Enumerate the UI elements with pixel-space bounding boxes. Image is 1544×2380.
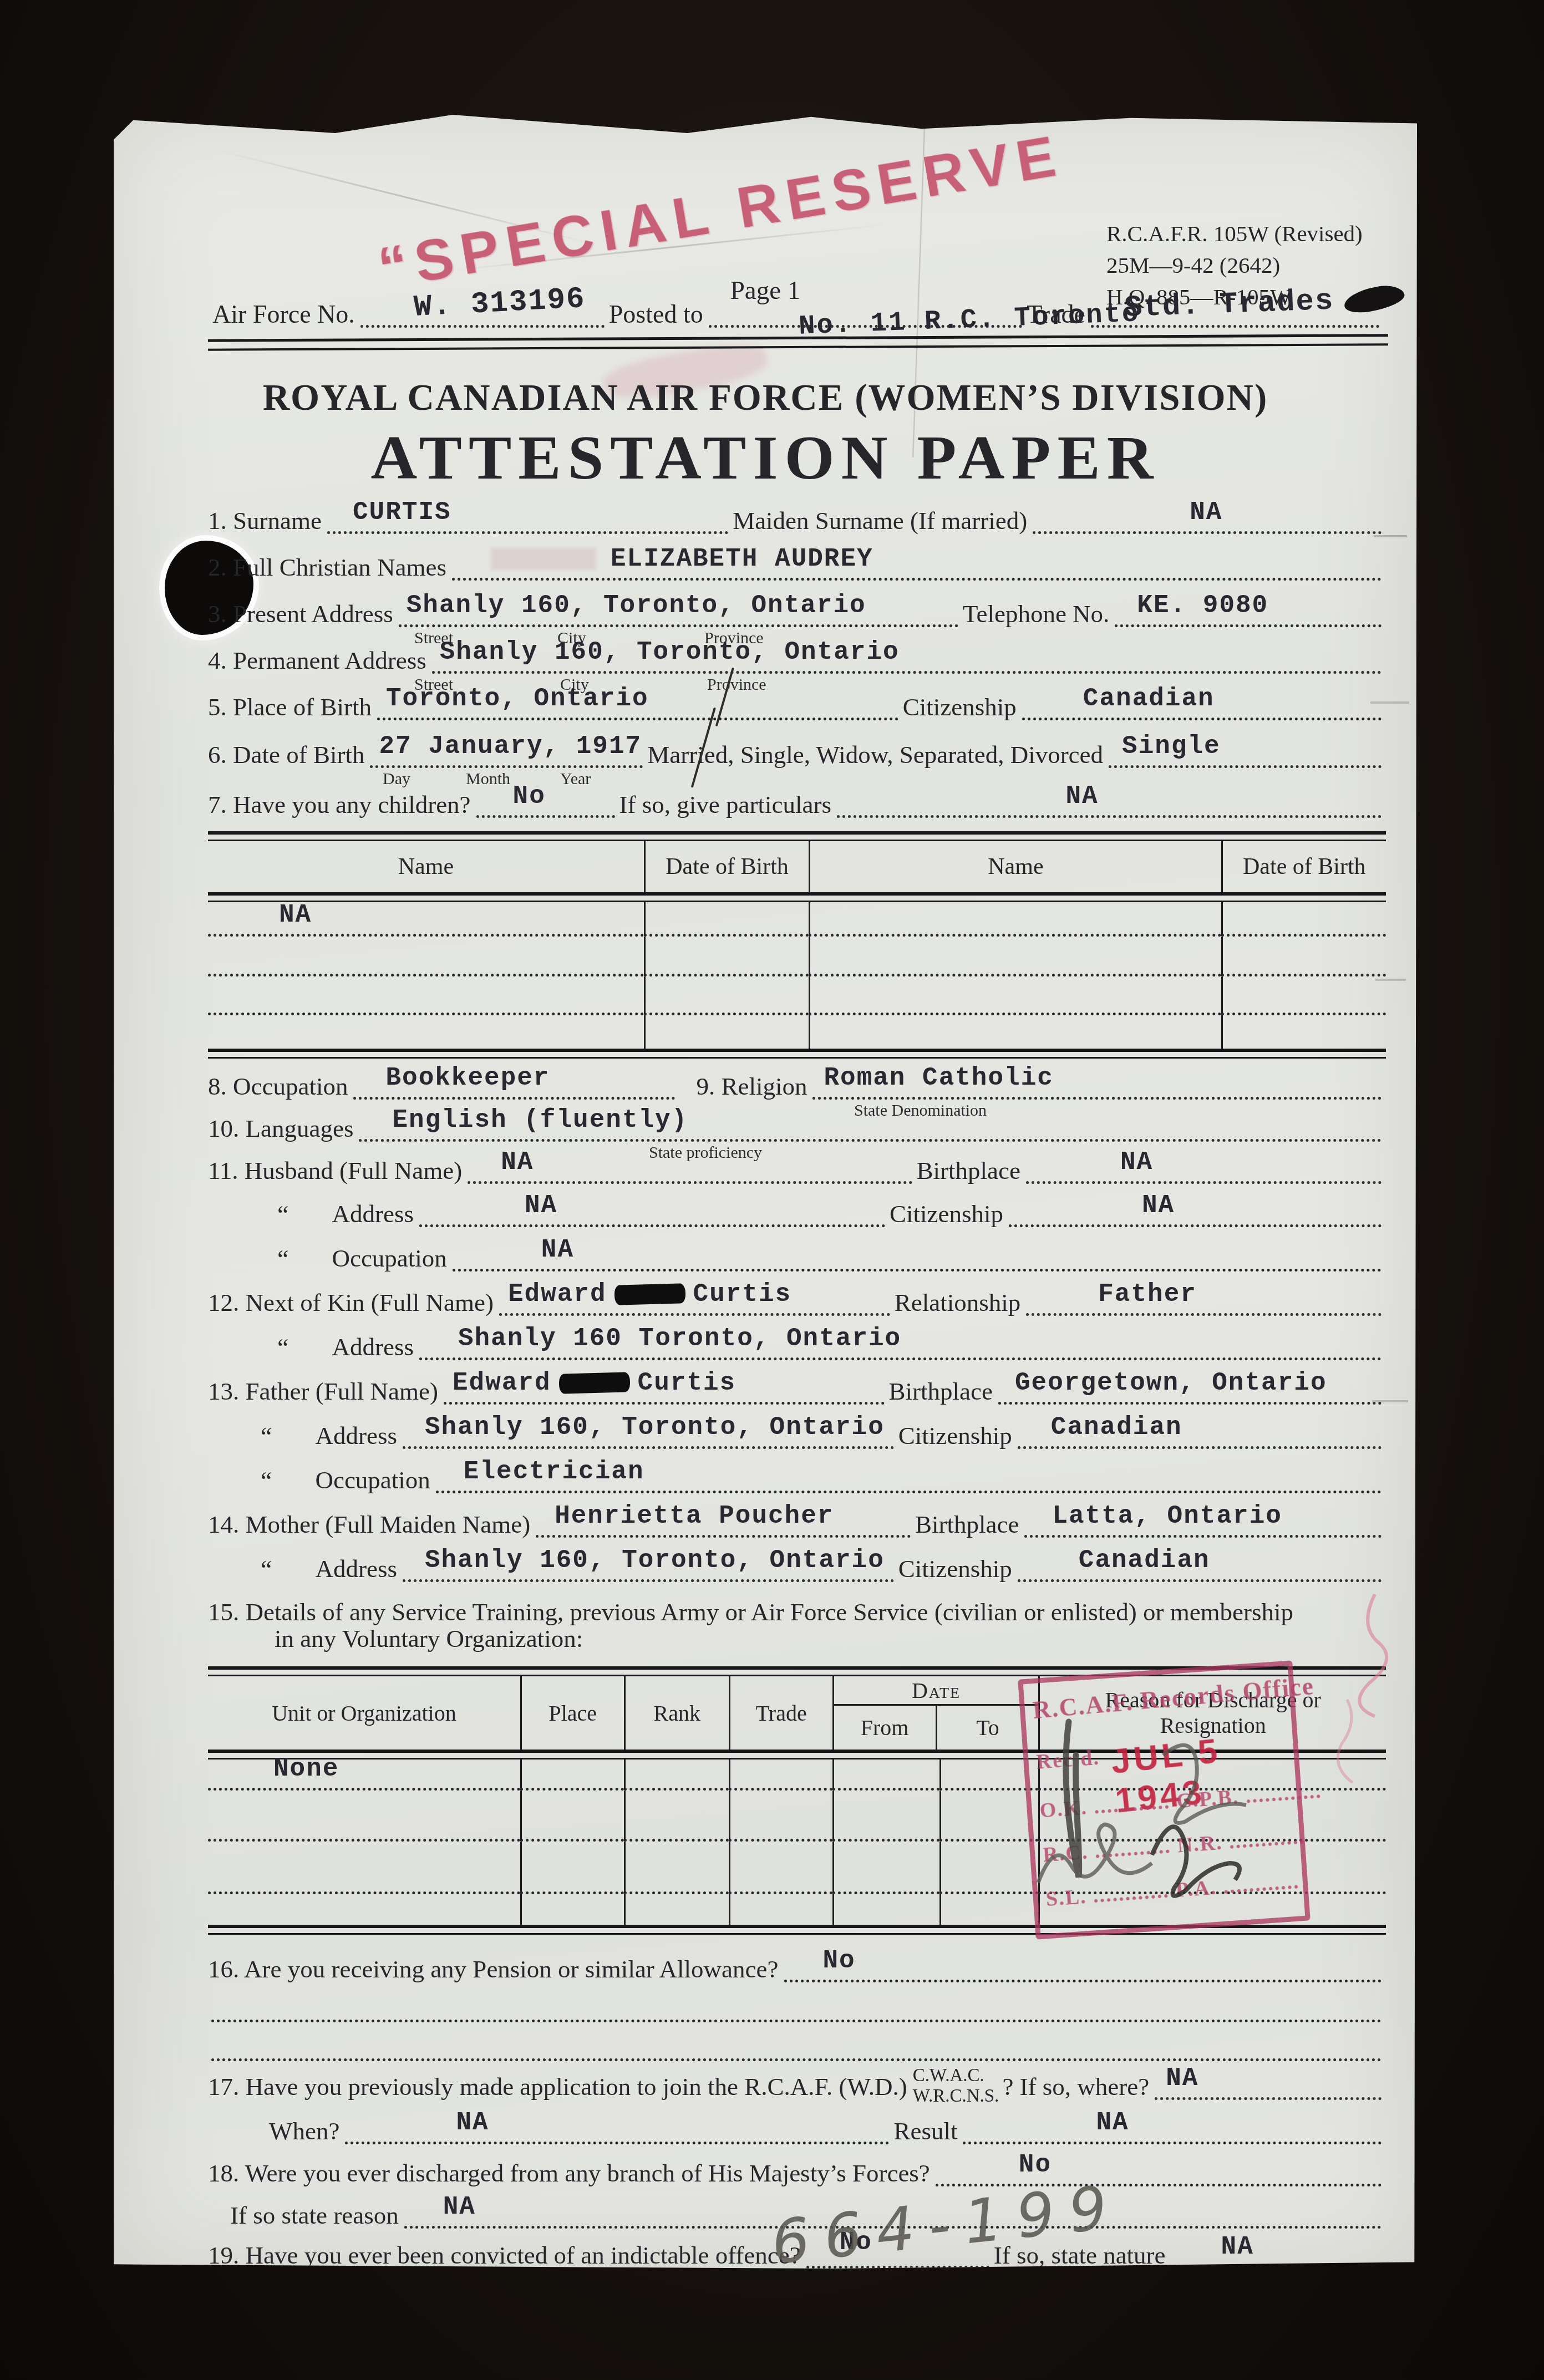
father-name-field: EdwardCurtis [444, 1396, 885, 1405]
posted-to-field [709, 319, 1023, 328]
mother-birthplace-field: Latta, Ontario [1024, 1529, 1382, 1538]
table-cell [939, 1842, 1038, 1894]
father-citizenship-value: Canadian [1051, 1413, 1182, 1442]
field-11-husband: 11. Husband (Full Name) NA Birthplace NA [208, 1144, 1386, 1186]
field-14-mother: 14. Mother (Full Maiden Name) Henrietta … [208, 1496, 1386, 1540]
col-header-name: Name [809, 841, 1221, 892]
pension-field: No [784, 1974, 1382, 1982]
trade-label: Trade [1027, 299, 1088, 330]
table-cell [1221, 1015, 1386, 1049]
table-cell [644, 937, 809, 977]
pension-value: No [823, 1946, 856, 1975]
field-5-place-of-birth: 5. Place of Birth Toronto, Ontario Citiz… [208, 676, 1386, 723]
records-stamp-title: R.C.A.F. Records Office [1032, 1674, 1283, 1725]
field-1-surname: 1. Surname CURTIS Maiden Surname (If mar… [208, 490, 1386, 536]
field-label: Address [332, 1333, 415, 1362]
col-header-date: Date [834, 1676, 1039, 1706]
bleed-through-mark [1370, 701, 1409, 704]
table-cell: NA [208, 902, 644, 937]
field-7-children: 7. Have you any children? No If so, give… [208, 770, 1386, 820]
field-label: 12. Next of Kin (Full Name) [208, 1288, 496, 1318]
relationship-field: Father [1026, 1308, 1382, 1316]
attestation-paper-scan: “SPECIAL RESERVE R.C.A.F.R. 105W (Revise… [114, 114, 1417, 2271]
service-none-value: None [273, 1755, 339, 1783]
table-cell [208, 937, 644, 977]
date-of-birth-field: 27 January, 1917 [370, 760, 643, 768]
field-label: 4. Permanent Address [208, 646, 429, 676]
maiden-surname-value: NA [1190, 498, 1222, 527]
telephone-value: KE. 9080 [1137, 591, 1268, 620]
table-cell [809, 977, 1221, 1015]
table-cell [729, 1759, 832, 1791]
service-branch-stack: C.W.A.C. W.R.C.N.S. [913, 2066, 999, 2107]
document-org-title: ROYAL CANADIAN AIR FORCE (WOMEN’S DIVISI… [114, 377, 1417, 419]
table-cell [208, 1894, 520, 1925]
result-value: NA [1096, 2108, 1129, 2137]
table-cell [1221, 977, 1386, 1015]
field-11-husband-occupation: “ Occupation NA [208, 1229, 1386, 1274]
when-value: NA [456, 2108, 489, 2137]
field-label: Occupation [332, 1244, 449, 1274]
redaction-block [558, 1372, 630, 1394]
husband-name-value: NA [501, 1148, 534, 1177]
father-birthplace-field: Georgetown, Ontario [998, 1396, 1382, 1405]
father-occupation-value: Electrician [464, 1457, 644, 1486]
field-label: 7. Have you any children? [208, 790, 473, 820]
table-cell [520, 1759, 624, 1791]
col-header-from: From [834, 1706, 936, 1750]
place-of-birth-value: Toronto, Ontario [386, 684, 649, 713]
field-label: 18. Were you ever discharged from any br… [208, 2159, 932, 2189]
field-8-9-occupation-religion: 8. Occupation Bookkeeper 9. Religion Rom… [208, 1060, 1386, 1102]
result-field: NA [963, 2136, 1382, 2144]
table-cell [208, 1842, 520, 1894]
field-label: 15. Details of any Service Training, pre… [208, 1598, 1293, 1626]
table-cell [939, 1791, 1038, 1842]
ink-blot [1342, 282, 1406, 316]
christian-names-value: ELIZABETH AUDREY [491, 545, 873, 573]
header-fields-line: Air Force No. W. 313196 Posted to Trade … [212, 290, 1384, 330]
pencil-check-mark [715, 667, 734, 726]
field-label: Married, Single, Widow, Separated, Divor… [647, 740, 1105, 770]
table-cell [644, 902, 809, 937]
field-label: Telephone No. [963, 599, 1111, 629]
permanent-address-field: Shanly 160, Toronto, Ontario [432, 665, 1382, 674]
table-cell [520, 1842, 624, 1894]
table-cell [832, 1842, 939, 1894]
previous-application-value: NA [1166, 2064, 1198, 2093]
table-cell [644, 1015, 809, 1049]
table-cell [832, 1791, 939, 1842]
field-label: Citizenship [890, 1199, 1005, 1229]
kin-address-value: Shanly 160 Toronto, Ontario [458, 1324, 901, 1353]
blank-dotted-line [211, 2053, 1382, 2061]
children-table-row [208, 937, 1386, 977]
air-force-no-label: Air Force No. [212, 299, 357, 330]
languages-field: English (fluently) [359, 1133, 1382, 1142]
air-force-no-field: W. 313196 [360, 319, 605, 328]
field-label: Birthplace [917, 1156, 1023, 1186]
field-13-father-address: “ Address Shanly 160, Toronto, Ontario C… [208, 1407, 1386, 1451]
table-cell [208, 1791, 520, 1842]
blank-line [208, 1985, 1386, 2025]
table-cell [832, 1759, 939, 1791]
husband-birthplace-value: NA [1120, 1148, 1153, 1177]
ditto-mark: “ [261, 1422, 272, 1451]
mother-name-field: Henrietta Poucher [536, 1529, 911, 1538]
field-4-permanent-address: 4. Permanent Address Shanly 160, Toronto… [208, 629, 1386, 676]
field-3-present-address: 3. Present Address Shanly 160, Toronto, … [208, 583, 1386, 629]
mother-citizenship-value: Canadian [1079, 1546, 1210, 1575]
table-cell [1221, 937, 1386, 977]
field-label: Address [315, 1421, 399, 1451]
field-label: 11. Husband (Full Name) [208, 1156, 464, 1186]
field-16-pension: 16. Are you receiving any Pension or sim… [208, 1935, 1386, 1985]
field-label: 5. Place of Birth [208, 693, 374, 723]
field-15-service-details: 15. Details of any Service Training, pre… [208, 1584, 1386, 1626]
father-address-value: Shanly 160, Toronto, Ontario [425, 1413, 885, 1442]
offence-nature-value: NA [1221, 2232, 1254, 2261]
husband-occupation-field: NA [453, 1263, 1382, 1272]
maiden-surname-field: NA [1033, 526, 1382, 534]
col-header-dob: Date of Birth [644, 841, 809, 892]
mother-address-value: Shanly 160, Toronto, Ontario [425, 1546, 885, 1575]
col-header-trade: Trade [729, 1676, 832, 1750]
religion-value: Roman Catholic [824, 1064, 1053, 1092]
ditto-mark: “ [261, 1466, 272, 1496]
occupation-value: Bookkeeper [385, 1064, 550, 1092]
next-of-kin-field: EdwardCurtis [499, 1308, 890, 1316]
when-field: NA [345, 2136, 889, 2144]
ditto-mark: “ [277, 1244, 288, 1274]
table-cell [809, 1015, 1221, 1049]
father-citizenship-field: Canadian [1018, 1441, 1382, 1449]
trade-field: Std. Trades [1091, 319, 1379, 328]
col-header-place: Place [520, 1676, 624, 1750]
ditto-mark: “ [277, 1333, 288, 1362]
bleed-through-mark [1375, 979, 1406, 981]
mother-address-field: Shanly 160, Toronto, Ontario [403, 1574, 894, 1582]
field-label: Address [332, 1199, 415, 1229]
mother-name-value: Henrietta Poucher [555, 1502, 834, 1530]
husband-name-field: NA [468, 1176, 912, 1184]
previous-application-field: NA [1155, 2092, 1382, 2100]
field-label: Maiden Surname (If married) [733, 506, 1029, 536]
field-12-next-of-kin: 12. Next of Kin (Full Name) EdwardCurtis… [208, 1274, 1386, 1318]
field-label: in any Voluntary Organization: [275, 1624, 583, 1653]
table-cell [208, 1015, 644, 1049]
field-label: 9. Religion [696, 1072, 809, 1102]
col-header-dob: Date of Birth [1221, 841, 1386, 892]
children-table-row [208, 977, 1386, 1015]
field-label: Birthplace [915, 1510, 1021, 1540]
field-label: If so, give particulars [619, 790, 834, 820]
field-label: Result [893, 2117, 959, 2147]
records-stamp-rc-line: R.C. ............ N.R. ............ [1042, 1825, 1293, 1867]
erased-text-smudge [491, 548, 596, 570]
records-stamp-sl-line: S.L. ............ P.A. ............ [1045, 1870, 1296, 1911]
col-header-name: Name [208, 841, 644, 892]
ditto-mark: “ [277, 1200, 288, 1229]
table-cell [208, 977, 644, 1015]
field-label: 8. Occupation [208, 1072, 350, 1102]
citizenship-value: Canadian [1083, 684, 1215, 713]
place-of-birth-field: Toronto, Ontario [377, 712, 898, 720]
service-table-wrap: Unit or Organization Place Rank Trade Da… [208, 1666, 1386, 1935]
field-label: 3. Present Address [208, 599, 395, 629]
table-cell [809, 937, 1221, 977]
records-office-stamp: R.C.A.F. Records Office Rec'd. JUL 5 194… [1018, 1660, 1311, 1939]
form-ref-line: R.C.A.F.R. 105W (Revised) [1106, 218, 1363, 250]
field-label: 19. Have you ever been convicted of an i… [208, 2241, 803, 2271]
present-address-value: Shanly 160, Toronto, Ontario [407, 591, 866, 620]
table-cell [729, 1842, 832, 1894]
table-cell: None [208, 1759, 520, 1791]
table-cell [624, 1759, 729, 1791]
col-header-unit: Unit or Organization [208, 1676, 520, 1750]
kin-address-field: Shanly 160 Toronto, Ontario [419, 1352, 1382, 1360]
field-18-discharged: 18. Were you ever discharged from any br… [208, 2147, 1386, 2189]
children-table: Name Date of Birth Name Date of Birth NA [208, 831, 1386, 1059]
date-of-birth-value: 27 January, 1917 [379, 732, 642, 761]
telephone-field: KE. 9080 [1115, 619, 1382, 627]
field-label: Citizenship [898, 1554, 1014, 1584]
field-label: If so state reason [230, 2201, 401, 2231]
present-address-field: Shanly 160, Toronto, Ontario [399, 619, 958, 627]
bleed-through-mark [1374, 535, 1407, 537]
husband-citizenship-value: NA [1142, 1191, 1175, 1220]
father-name-value: EdwardCurtis [453, 1369, 736, 1397]
field-15-service-details-cont: in any Voluntary Organization: [208, 1626, 1386, 1653]
father-occupation-field: Electrician [436, 1485, 1382, 1493]
field-label: 6. Date of Birth [208, 740, 367, 770]
field-label: When? [269, 2117, 342, 2147]
table-rule [208, 831, 1386, 841]
field-2-christian-names: 2. Full Christian Names ELIZABETH AUDREY [208, 536, 1386, 583]
citizenship-field: Canadian [1022, 712, 1382, 720]
field-13-father: 13. Father (Full Name) EdwardCurtis Birt… [208, 1362, 1386, 1407]
col-header-date-group: Date From To [832, 1676, 1039, 1750]
discharge-reason-value: NA [443, 2193, 476, 2221]
table-rule [208, 1049, 1386, 1059]
field-label: Citizenship [903, 693, 1019, 723]
offence-nature-field: NA [1171, 2260, 1382, 2269]
table-cell [520, 1894, 624, 1925]
field-6-date-of-birth: 6. Date of Birth 27 January, 1917 Marrie… [208, 723, 1386, 770]
father-address-field: Shanly 160, Toronto, Ontario [403, 1441, 894, 1449]
redaction-block [614, 1283, 685, 1305]
field-17-when-result: When? NA Result NA [208, 2102, 1386, 2147]
mother-citizenship-field: Canadian [1018, 1574, 1382, 1582]
field-label: 2. Full Christian Names [208, 553, 449, 583]
field-label: Address [315, 1554, 399, 1584]
surname-field: CURTIS [327, 526, 728, 534]
blank-dotted-line [211, 2014, 1382, 2022]
field-17-previous-application: 17. Have you previously made application… [208, 2063, 1386, 2102]
field-label: Birthplace [889, 1377, 995, 1407]
table-rule [208, 892, 1386, 902]
field-label: Occupation [315, 1466, 432, 1496]
field-label: ? If so, where? [1002, 2072, 1151, 2102]
children-table-row: NA [208, 902, 1386, 937]
field-11-husband-address: “ Address NA Citizenship NA [208, 1186, 1386, 1229]
husband-address-value: NA [525, 1191, 557, 1220]
header-divider-rule [208, 334, 1388, 350]
languages-value: English (fluently) [392, 1106, 688, 1135]
posted-to-label: Posted to [609, 299, 705, 330]
field-label: 13. Father (Full Name) [208, 1377, 440, 1407]
special-reserve-stamp: “SPECIAL RESERVE [374, 123, 1068, 302]
father-birthplace-value: Georgetown, Ontario [1015, 1369, 1327, 1397]
table-cell [832, 1894, 939, 1925]
marital-status-field: Single [1109, 760, 1382, 768]
table-cell [729, 1791, 832, 1842]
children-particulars-field: NA [837, 810, 1382, 818]
document-title: ATTESTATION PAPER [114, 424, 1417, 495]
husband-address-field: NA [419, 1219, 885, 1227]
field-10-languages: 10. Languages English (fluently) State p… [208, 1102, 1386, 1144]
children-table-header: Name Date of Birth Name Date of Birth [208, 841, 1386, 892]
permanent-address-value: Shanly 160, Toronto, Ontario [440, 638, 900, 667]
children-yn-value: No [513, 782, 546, 811]
discharged-value: No [1019, 2150, 1052, 2179]
occupation-field: Bookkeeper [353, 1091, 675, 1100]
table-cell [809, 902, 1221, 937]
table-cell [520, 1791, 624, 1842]
field-12-kin-address: “ Address Shanly 160 Toronto, Ontario [208, 1318, 1386, 1362]
col-header-rank: Rank [624, 1676, 729, 1750]
table-cell [624, 1791, 729, 1842]
field-label: 17. Have you previously made application… [208, 2072, 910, 2102]
form-body: 1. Surname CURTIS Maiden Surname (If mar… [208, 490, 1386, 2271]
table-cell [1221, 902, 1386, 937]
blank-line [208, 2025, 1386, 2063]
table-cell [624, 1842, 729, 1894]
field-label: 14. Mother (Full Maiden Name) [208, 1510, 532, 1540]
field-13-father-occupation: “ Occupation Electrician [208, 1451, 1386, 1496]
ditto-mark: “ [261, 1555, 272, 1584]
relationship-value: Father [1098, 1280, 1197, 1309]
next-of-kin-value: EdwardCurtis [508, 1280, 791, 1309]
field-label: Citizenship [898, 1421, 1014, 1451]
christian-names-field: ELIZABETH AUDREY [452, 572, 1382, 581]
husband-citizenship-field: NA [1009, 1219, 1382, 1227]
field-14-mother-address: “ Address Shanly 160, Toronto, Ontario C… [208, 1540, 1386, 1584]
religion-field: Roman Catholic [812, 1091, 1382, 1100]
table-cell [729, 1894, 832, 1925]
children-table-row [208, 1015, 1386, 1049]
children-na-value: NA [279, 901, 312, 929]
husband-birthplace-field: NA [1026, 1176, 1382, 1184]
table-cell [939, 1894, 1038, 1925]
marital-status-value: Single [1122, 732, 1221, 761]
children-particulars-value: NA [1065, 782, 1098, 811]
surname-value: CURTIS [353, 498, 451, 527]
bleed-through-mark [1372, 1400, 1408, 1402]
husband-occupation-value: NA [541, 1235, 574, 1264]
field-label: 10. Languages [208, 1114, 355, 1144]
children-yn-field: No [476, 810, 615, 818]
field-label: 1. Surname [208, 506, 324, 536]
field-label: Relationship [895, 1288, 1023, 1318]
mother-birthplace-value: Latta, Ontario [1052, 1502, 1282, 1530]
field-label: 16. Are you receiving any Pension or sim… [208, 1955, 781, 1985]
table-cell [644, 977, 809, 1015]
table-cell [624, 1894, 729, 1925]
